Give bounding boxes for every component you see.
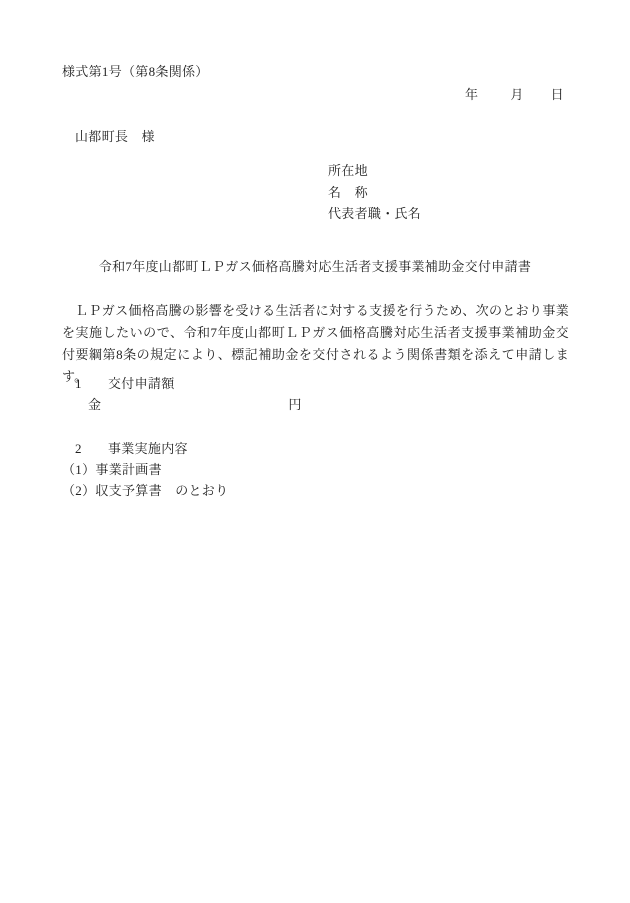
section-2-number: 2	[75, 439, 108, 458]
date-line: 年月日	[465, 85, 564, 104]
applicant-block: 所在地 名 称 代表者職・氏名	[328, 160, 421, 225]
year-label: 年	[465, 85, 478, 104]
amount-unit-label: 円	[288, 397, 301, 412]
applicant-name-label: 名 称	[328, 182, 421, 204]
application-form-page: 様式第1号（第8条関係） 年月日 山都町長 様 所在地 名 称 代表者職・氏名 …	[0, 0, 630, 903]
section-1-number: 1	[75, 374, 108, 393]
addressee: 山都町長 様	[75, 127, 155, 146]
month-label: 月	[510, 85, 523, 104]
section-1-heading: 1交付申請額	[75, 374, 175, 393]
applicant-address-label: 所在地	[328, 160, 421, 182]
day-label: 日	[551, 85, 564, 104]
amount-prefix-label: 金	[88, 397, 101, 412]
amount-line: 金円	[88, 395, 302, 414]
section-2-heading: 2事業実施内容	[75, 439, 188, 458]
section-2-sub-item-budget: （2）収支予算書 のとおり	[62, 481, 228, 500]
section-1-title: 交付申請額	[108, 376, 175, 391]
applicant-representative-label: 代表者職・氏名	[328, 203, 421, 225]
section-2-title: 事業実施内容	[108, 441, 188, 456]
form-number: 様式第1号（第8条関係）	[62, 62, 209, 81]
section-2-sub-item-business-plan: （1）事業計画書	[62, 460, 162, 479]
document-title: 令和7年度山都町ＬＰガス価格高騰対応生活者支援事業補助金交付申請書	[0, 257, 630, 276]
